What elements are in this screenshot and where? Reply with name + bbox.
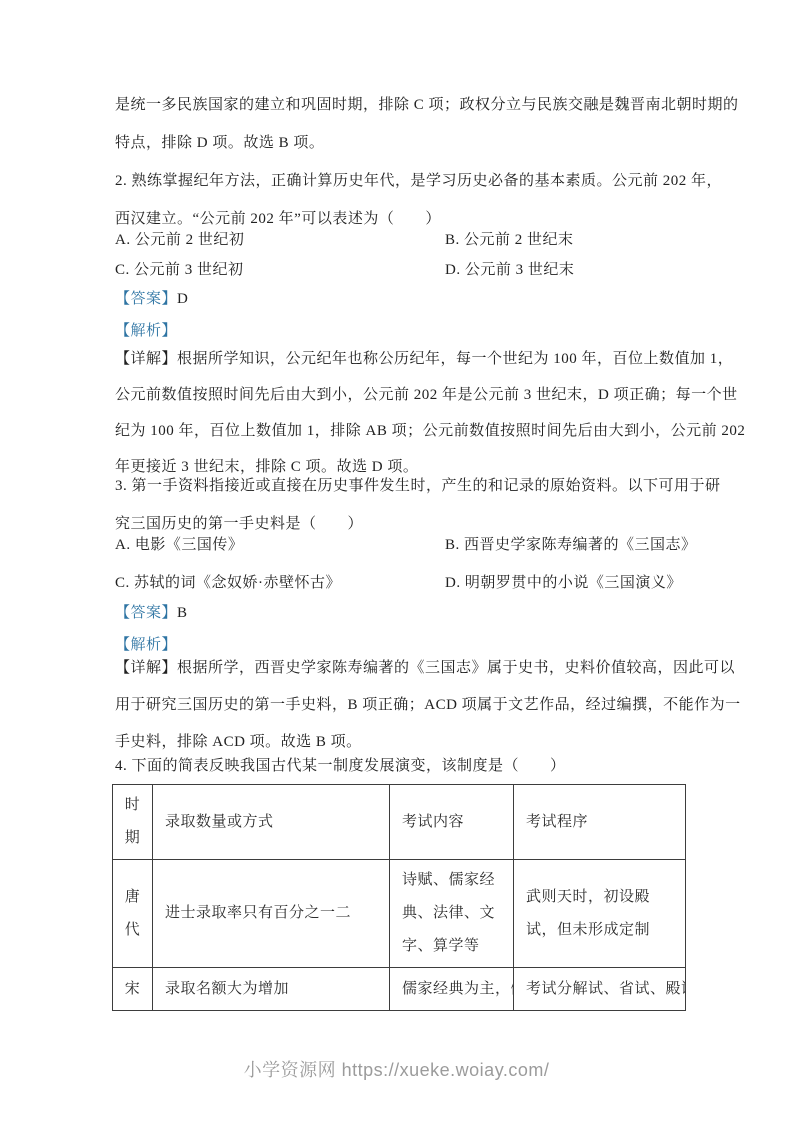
option-c: C. 苏轼的词《念奴娇·赤壁怀古》	[115, 562, 341, 600]
table-row: 宋 录取名额大为增加 儒家经典为主，儒 考试分解试、省试、殿试	[113, 968, 686, 1011]
table-cell-period: 唐代	[113, 860, 153, 968]
question-4-stem: 4. 下面的简表反映我国古代某一制度发展演变，该制度是（ ）	[115, 749, 693, 783]
table-row: 唐代 进士录取率只有百分之一二 诗赋、儒家经典、法律、文字、算学等 武则天时，初…	[113, 860, 686, 968]
answer-value: B	[177, 605, 188, 621]
option-a: A. 公元前 2 世纪初	[115, 223, 244, 253]
intro-line: 是统一多民族国家的建立和巩固时期，排除 C 项；政权分立与民族交融是魏晋南北朝时…	[115, 86, 693, 124]
option-row: C. 苏轼的词《念奴娇·赤壁怀古》 D. 明朝罗贯中的小说《三国演义》	[115, 562, 693, 600]
question-3-answer-line: 【答案】B	[115, 597, 693, 629]
explanation-line: 公元前数值按照时间先后由大到小，公元前 202 年是公元前 3 世纪末，D 项正…	[115, 377, 693, 413]
exam-table: 时期 录取数量或方式 考试内容 考试程序 唐代 进士录取率只有百分之一二 诗赋、…	[112, 784, 686, 1011]
table-cell-method: 录取名额大为增加	[153, 968, 390, 1011]
intro-paragraph: 是统一多民族国家的建立和巩固时期，排除 C 项；政权分立与民族交融是魏晋南北朝时…	[115, 86, 693, 162]
table-cell-content: 诗赋、儒家经典、法律、文字、算学等	[390, 860, 514, 968]
explanation-line: 用于研究三国历史的第一手史料，B 项正确；ACD 项属于文艺作品，经过编撰，不能…	[115, 687, 693, 724]
question-2-answer-line: 【答案】D	[115, 283, 693, 315]
table-header-procedure: 考试程序	[514, 785, 686, 860]
table-cell-method: 进士录取率只有百分之一二	[153, 860, 390, 968]
question-4-stem-line: 4. 下面的简表反映我国古代某一制度发展演变，该制度是（ ）	[115, 749, 693, 783]
answer-label: 【答案】	[115, 605, 177, 621]
option-b: B. 公元前 2 世纪末	[445, 223, 574, 253]
explanation-line: 【详解】根据所学知识，公元纪年也称公历纪年，每一个世纪为 100 年，百位上数值…	[115, 341, 693, 377]
table-header-method: 录取数量或方式	[153, 785, 390, 860]
option-row: A. 电影《三国传》 B. 西晋史学家陈寿编著的《三国志》	[115, 524, 693, 562]
document-page: 是统一多民族国家的建立和巩固时期，排除 C 项；政权分立与民族交融是魏晋南北朝时…	[0, 0, 793, 1122]
table-header-period: 时期	[113, 785, 153, 860]
table-cell-procedure: 考试分解试、省试、殿试	[514, 968, 686, 1011]
answer-value: D	[177, 291, 188, 307]
table-cell-period: 宋	[113, 968, 153, 1011]
question-3-explanation: 【详解】根据所学，西晋史学家陈寿编著的《三国志》属于史书，史料价值较高，因此可以…	[115, 650, 693, 761]
option-c: C. 公元前 3 世纪初	[115, 253, 244, 283]
footer-watermark: 小学资源网 https://xueke.woiay.com/	[0, 1056, 793, 1082]
option-d: D. 明朝罗贯中的小说《三国演义》	[445, 562, 682, 600]
question-3-options: A. 电影《三国传》 B. 西晋史学家陈寿编著的《三国志》 C. 苏轼的词《念奴…	[115, 524, 693, 600]
explanation-line: 纪为 100 年，百位上数值加 1，排除 AB 项；公元前数值按照时间先后由大到…	[115, 413, 693, 449]
question-2-explanation: 【详解】根据所学知识，公元纪年也称公历纪年，每一个世纪为 100 年，百位上数值…	[115, 341, 693, 485]
question-3-stem-line: 3. 第一手资料指接近或直接在历史事件发生时，产生的和记录的原始资料。以下可用于…	[115, 467, 693, 505]
question-2-stem-line: 2. 熟练掌握纪年方法，正确计算历史年代，是学习历史必备的基本素质。公元前 20…	[115, 162, 693, 200]
answer-label: 【答案】	[115, 291, 177, 307]
table-cell-procedure: 武则天时，初设殿试，但未形成定制	[514, 860, 686, 968]
question-2-options: A. 公元前 2 世纪初 B. 公元前 2 世纪末 C. 公元前 3 世纪初 D…	[115, 223, 693, 283]
option-d: D. 公元前 3 世纪末	[445, 253, 574, 283]
table-header-content: 考试内容	[390, 785, 514, 860]
option-a: A. 电影《三国传》	[115, 524, 243, 562]
option-b: B. 西晋史学家陈寿编著的《三国志》	[445, 524, 697, 562]
option-row: A. 公元前 2 世纪初 B. 公元前 2 世纪末	[115, 223, 693, 253]
table-cell-content: 儒家经典为主，儒	[390, 968, 514, 1011]
intro-line: 特点，排除 D 项。故选 B 项。	[115, 124, 693, 162]
table-header-row: 时期 录取数量或方式 考试内容 考试程序	[113, 785, 686, 860]
option-row: C. 公元前 3 世纪初 D. 公元前 3 世纪末	[115, 253, 693, 283]
explanation-line: 【详解】根据所学，西晋史学家陈寿编著的《三国志》属于史书，史料价值较高，因此可以	[115, 650, 693, 687]
